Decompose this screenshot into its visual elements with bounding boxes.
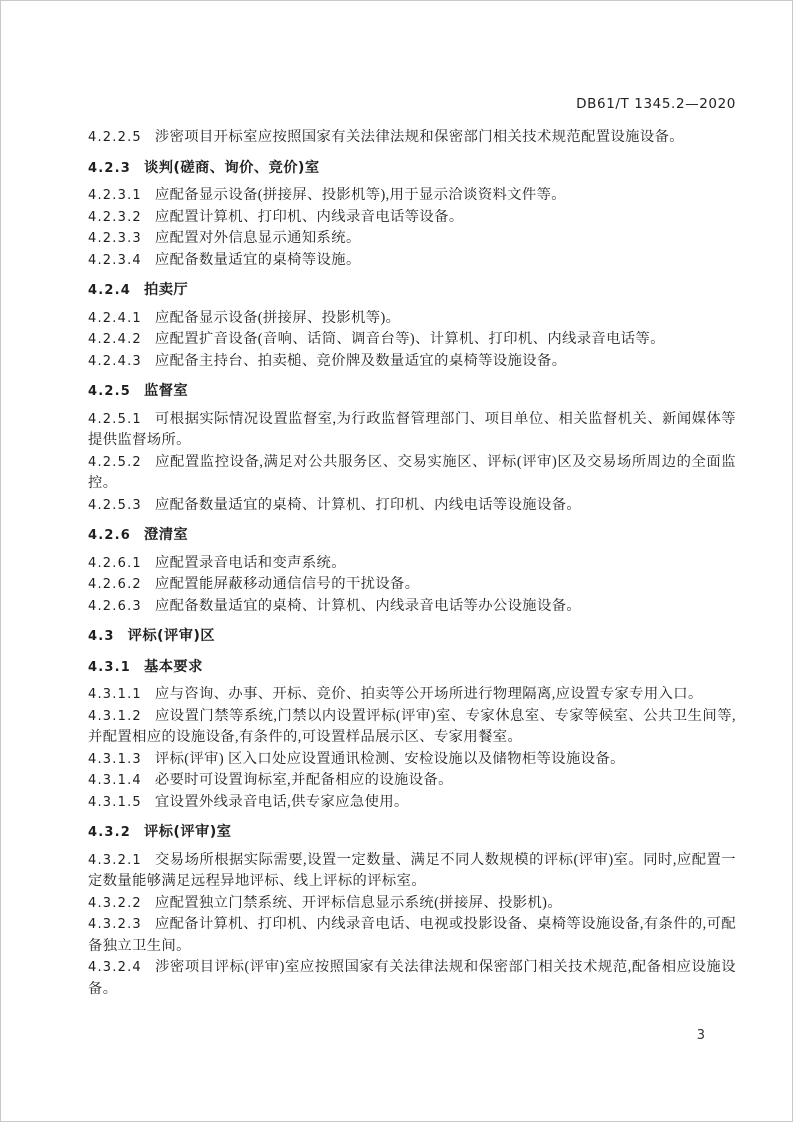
- clause-number: 4.3.1.1: [88, 687, 142, 702]
- section-heading-4.2.4: 4.2.4拍卖厅: [88, 280, 736, 302]
- clause-text: 应配置监控设备,满足对公共服务区、交易实施区、评标(评审)区及交易场所周边的全面…: [88, 454, 736, 492]
- clause-number: 4.2.3.4: [88, 253, 142, 268]
- clause-text: 应配备数量适宜的桌椅、计算机、内线录音电话等办公设施设备。: [155, 598, 581, 614]
- clause-4.2.4.3: 4.2.4.3应配备主持台、拍卖槌、竞价牌及数量适宜的桌椅等设施设备。: [88, 351, 736, 373]
- section-heading-4.2.5: 4.2.5监督室: [88, 381, 736, 403]
- heading-text: 澄清室: [144, 527, 188, 543]
- clause-number: 4.2.6.3: [88, 599, 142, 614]
- clause-text: 应设置门禁等系统,门禁以内设置评标(评审)室、专家休息室、专家等候室、公共卫生间…: [88, 708, 736, 746]
- clause-4.3.2.2: 4.3.2.2应配置独立门禁系统、开评标信息显示系统(拼接屏、投影机)。: [88, 893, 736, 915]
- clause-4.2.5.3: 4.2.5.3应配备数量适宜的桌椅、计算机、打印机、内线电话等设施设备。: [88, 495, 736, 517]
- clause-number: 4.2.6.1: [88, 556, 142, 571]
- clause-text: 应配置对外信息显示通知系统。: [155, 230, 361, 246]
- clause-number: 4.3.1.5: [88, 795, 142, 810]
- clause-4.2.6.2: 4.2.6.2应配置能屏蔽移动通信信号的干扰设备。: [88, 574, 736, 596]
- clause-number: 4.3.1: [88, 660, 131, 675]
- clause-number: 4.2.3.3: [88, 231, 142, 246]
- clause-text: 应配备显示设备(拼接屏、投影机等),用于显示洽谈资料文件等。: [155, 187, 566, 203]
- document-body: 4.2.2.5涉密项目开标室应按照国家有关法律法规和保密部门相关技术规范配置设施…: [88, 127, 736, 1000]
- heading-text: 评标(评审)室: [144, 824, 231, 840]
- clause-number: 4.2.5: [88, 384, 131, 399]
- clause-number: 4.2.4: [88, 283, 131, 298]
- clause-4.3.2.3: 4.3.2.3应配备计算机、打印机、内线录音电话、电视或投影设备、桌椅等设施设备…: [88, 914, 736, 957]
- heading-text: 基本要求: [144, 659, 203, 675]
- clause-4.2.6.3: 4.2.6.3应配备数量适宜的桌椅、计算机、内线录音电话等办公设施设备。: [88, 596, 736, 618]
- clause-4.2.6.1: 4.2.6.1应配置录音电话和变声系统。: [88, 553, 736, 575]
- clause-number: 4.2.5.2: [88, 455, 142, 470]
- clause-text: 应配备数量适宜的桌椅、计算机、打印机、内线电话等设施设备。: [155, 497, 581, 513]
- clause-4.2.5.2: 4.2.5.2应配置监控设备,满足对公共服务区、交易实施区、评标(评审)区及交易…: [88, 452, 736, 495]
- clause-number: 4.2.5.1: [88, 412, 142, 427]
- clause-4.3.2.1: 4.3.2.1交易场所根据实际需要,设置一定数量、满足不同人数规模的评标(评审)…: [88, 850, 736, 893]
- clause-4.3.2.4: 4.3.2.4涉密项目评标(评审)室应按照国家有关法律法规和保密部门相关技术规范…: [88, 957, 736, 1000]
- clause-text: 必要时可设置询标室,并配备相应的设施设备。: [155, 772, 453, 788]
- section-heading-4.3.1: 4.3.1基本要求: [88, 657, 736, 679]
- clause-text: 应配置能屏蔽移动通信信号的干扰设备。: [155, 576, 420, 592]
- clause-text: 应配备计算机、打印机、内线录音电话、电视或投影设备、桌椅等设施设备,有条件的,可…: [88, 916, 736, 954]
- clause-number: 4.2.4.1: [88, 311, 142, 326]
- clause-number: 4.3.1.3: [88, 752, 142, 767]
- clause-text: 应与咨询、办事、开标、竞价、拍卖等公开场所进行物理隔离,应设置专家专用入口。: [155, 686, 703, 702]
- clause-number: 4.2.3.1: [88, 188, 142, 203]
- standard-number-header: DB61/T 1345.2—2020: [88, 96, 736, 112]
- heading-text: 监督室: [144, 383, 188, 399]
- clause-text: 涉密项目开标室应按照国家有关法律法规和保密部门相关技术规范配置设施设备。: [155, 129, 684, 145]
- clause-number: 4.2.5.3: [88, 498, 142, 513]
- clause-4.3.1.1: 4.3.1.1应与咨询、办事、开标、竞价、拍卖等公开场所进行物理隔离,应设置专家…: [88, 684, 736, 706]
- clause-4.3.1.2: 4.3.1.2应设置门禁等系统,门禁以内设置评标(评审)室、专家休息室、专家等候…: [88, 706, 736, 749]
- clause-4.2.3.2: 4.2.3.2应配置计算机、打印机、内线录音电话等设备。: [88, 207, 736, 229]
- clause-number: 4.3.2.4: [88, 960, 142, 975]
- clause-4.2.3.4: 4.2.3.4应配备数量适宜的桌椅等设施。: [88, 250, 736, 272]
- clause-number: 4.2.6: [88, 528, 131, 543]
- clause-text: 评标(评审) 区入口处应设置通讯检测、安检设施以及储物柜等设施设备。: [155, 751, 625, 767]
- clause-number: 4.2.3.2: [88, 210, 142, 225]
- clause-text: 应配置扩音设备(音响、话筒、调音台等)、计算机、打印机、内线录音电话等。: [155, 331, 665, 347]
- clause-number: 4.3.1.4: [88, 773, 142, 788]
- clause-number: 4.2.4.3: [88, 354, 142, 369]
- clause-text: 可根据实际情况设置监督室,为行政监督管理部门、项目单位、相关监督机关、新闻媒体等…: [88, 411, 736, 449]
- clause-text: 应配备数量适宜的桌椅等设施。: [155, 252, 361, 268]
- clause-number: 4.2.2.5: [88, 130, 142, 145]
- clause-4.2.3.3: 4.2.3.3应配置对外信息显示通知系统。: [88, 228, 736, 250]
- clause-4.3.1.3: 4.3.1.3评标(评审) 区入口处应设置通讯检测、安检设施以及储物柜等设施设备…: [88, 749, 736, 771]
- clause-4.2.4.1: 4.2.4.1应配备显示设备(拼接屏、投影机等)。: [88, 308, 736, 330]
- heading-text: 谈判(磋商、询价、竞价)室: [144, 160, 320, 176]
- clause-number: 4.3.1.2: [88, 709, 142, 724]
- clause-text: 应配置独立门禁系统、开评标信息显示系统(拼接屏、投影机)。: [155, 895, 562, 911]
- page: DB61/T 1345.2—2020 4.2.2.5涉密项目开标室应按照国家有关…: [0, 0, 793, 1000]
- clause-text: 应配置计算机、打印机、内线录音电话等设备。: [155, 209, 464, 225]
- section-heading-4.3.2: 4.3.2评标(评审)室: [88, 822, 736, 844]
- clause-number: 4.3.2.3: [88, 917, 142, 932]
- section-heading-4.2.6: 4.2.6澄清室: [88, 525, 736, 547]
- clause-4.3.1.4: 4.3.1.4必要时可设置询标室,并配备相应的设施设备。: [88, 770, 736, 792]
- clause-number: 4.2.3: [88, 161, 131, 176]
- clause-number: 4.3: [88, 629, 115, 644]
- clause-number: 4.2.6.2: [88, 577, 142, 592]
- heading-text: 评标(评审)区: [128, 628, 215, 644]
- clause-text: 涉密项目评标(评审)室应按照国家有关法律法规和保密部门相关技术规范,配备相应设施…: [88, 959, 736, 997]
- clause-text: 应配备显示设备(拼接屏、投影机等)。: [155, 310, 400, 326]
- clause-4.3.1.5: 4.3.1.5宜设置外线录音电话,供专家应急使用。: [88, 792, 736, 814]
- document-page: { "page": { "header_right": "DB61/T 1345…: [0, 0, 793, 1122]
- section-heading-4.3: 4.3评标(评审)区: [88, 626, 736, 648]
- clause-4.2.2.5: 4.2.2.5涉密项目开标室应按照国家有关法律法规和保密部门相关技术规范配置设施…: [88, 127, 736, 149]
- section-heading-4.2.3: 4.2.3谈判(磋商、询价、竞价)室: [88, 158, 736, 180]
- clause-number: 4.2.4.2: [88, 332, 142, 347]
- clause-4.2.4.2: 4.2.4.2应配置扩音设备(音响、话筒、调音台等)、计算机、打印机、内线录音电…: [88, 329, 736, 351]
- clause-text: 应配备主持台、拍卖槌、竞价牌及数量适宜的桌椅等设施设备。: [155, 353, 567, 369]
- clause-number: 4.3.2: [88, 825, 131, 840]
- clause-4.2.5.1: 4.2.5.1可根据实际情况设置监督室,为行政监督管理部门、项目单位、相关监督机…: [88, 409, 736, 452]
- clause-4.2.3.1: 4.2.3.1应配备显示设备(拼接屏、投影机等),用于显示洽谈资料文件等。: [88, 185, 736, 207]
- clause-text: 交易场所根据实际需要,设置一定数量、满足不同人数规模的评标(评审)室。同时,应配…: [88, 852, 736, 890]
- clause-number: 4.3.2.2: [88, 896, 142, 911]
- clause-text: 应配置录音电话和变声系统。: [155, 555, 346, 571]
- clause-number: 4.3.2.1: [88, 853, 142, 868]
- page-number: 3: [697, 1028, 705, 1043]
- clause-text: 宜设置外线录音电话,供专家应急使用。: [155, 794, 409, 810]
- heading-text: 拍卖厅: [144, 282, 188, 298]
